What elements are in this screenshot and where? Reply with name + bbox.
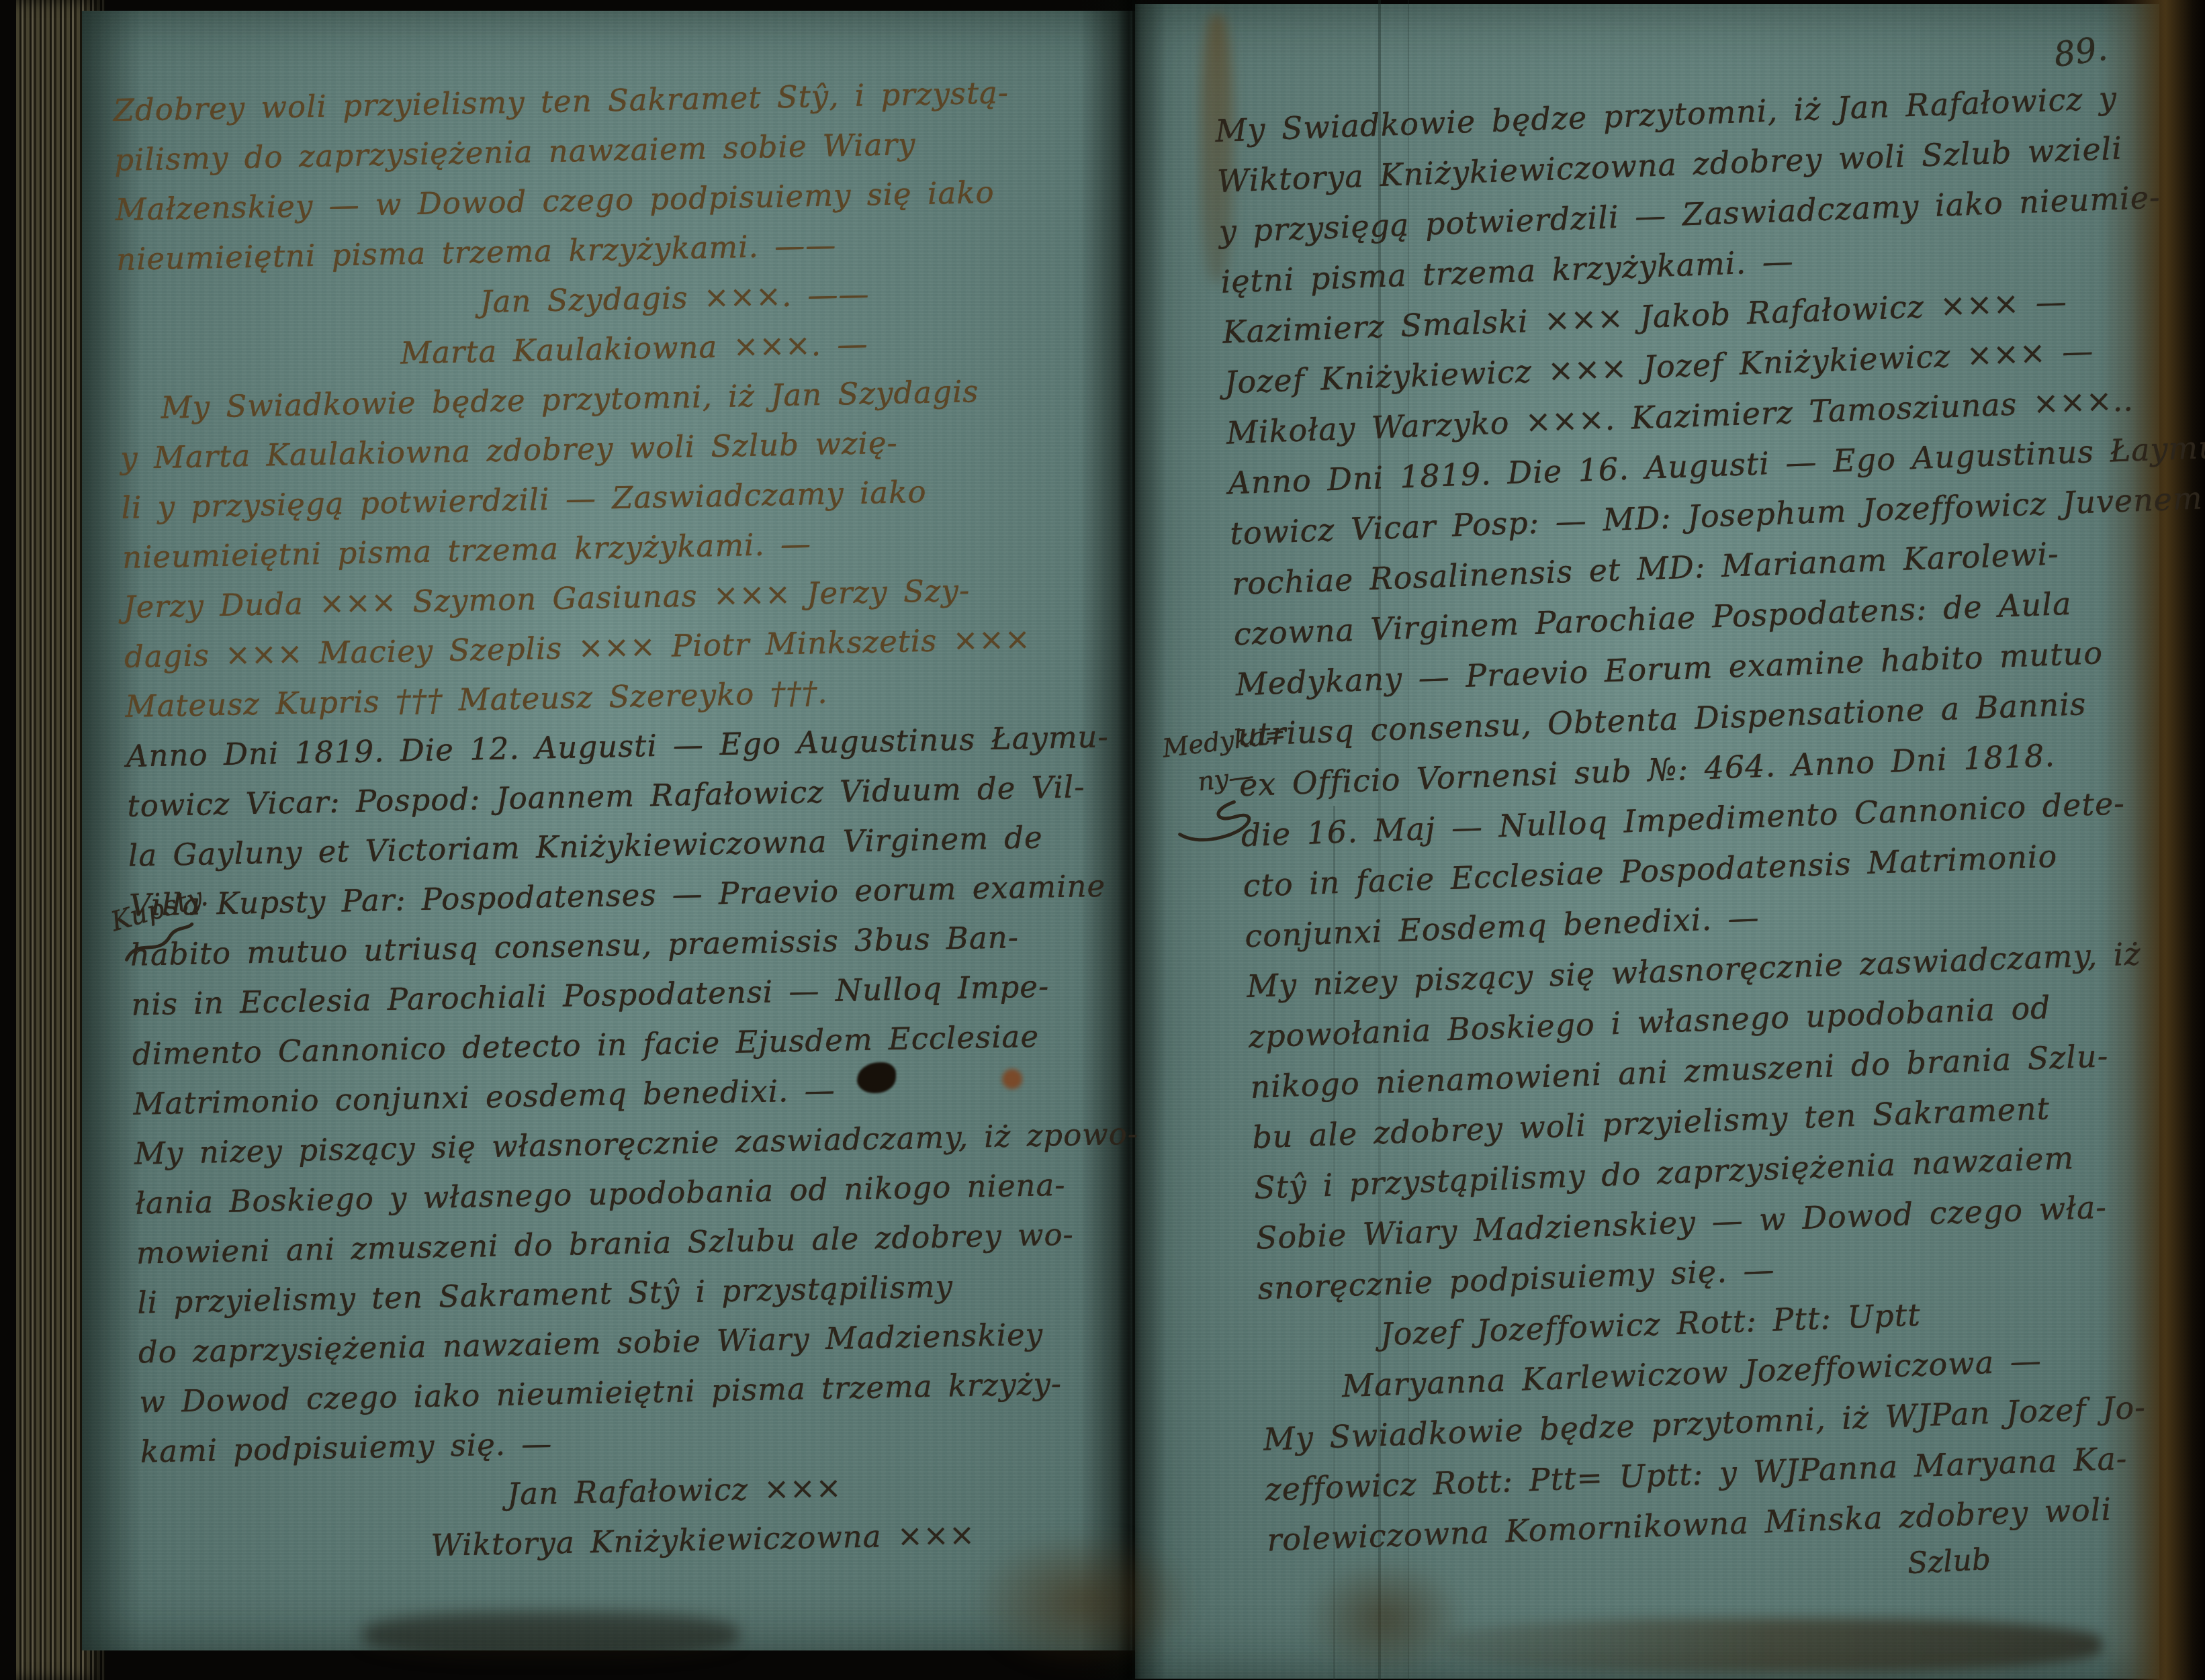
stain [363, 1612, 739, 1659]
left-page-text: Zdobrey woli przyielismy ten Sakramet St… [113, 66, 1157, 1577]
manuscript-scan: 89. Kupsty. Medyka= ny— Zdobrey woli prz… [0, 0, 2205, 1680]
right-page-text: My Swiadkowie będze przytomni, iż Jan Ra… [1214, 72, 2205, 1566]
catchword: Szlub [1907, 1542, 1991, 1581]
page-number: 89. [2051, 29, 2110, 75]
stain [1444, 1618, 2102, 1672]
stain [1304, 1558, 1466, 1679]
